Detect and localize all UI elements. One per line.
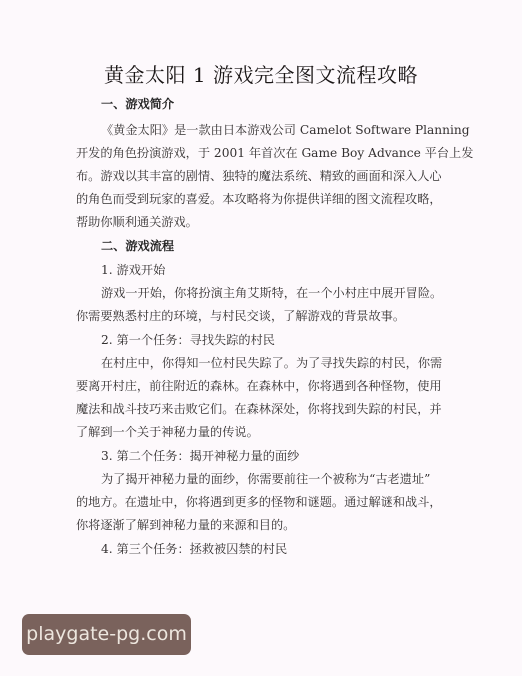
step-line: 魔法和战斗技巧来击败它们。在森林深处，你将找到失踪的村民，并 — [76, 401, 442, 417]
step-line: 你将逐渐了解到神秘力量的来源和目的。 — [76, 517, 295, 533]
step-line: 为了揭开神秘力量的面纱，你需要前往一个被称为“古老遗址” — [101, 471, 430, 487]
step-heading: 3. 第二个任务：揭开神秘力量的面纱 — [101, 448, 299, 464]
intro-line: 《黄金太阳》是一款由日本游戏公司 Camelot Software Planni… — [101, 122, 470, 138]
intro-line: 布。游戏以其丰富的剧情、独特的魔法系统、精致的画面和深入人心 — [76, 168, 442, 184]
step-line: 了解到一个关于神秘力量的传说。 — [76, 424, 259, 440]
intro-line: 开发的角色扮演游戏，于 2001 年首次在 Game Boy Advance 平… — [76, 145, 473, 161]
intro-line: 的角色而受到玩家的喜爱。本攻略将为你提供详细的图文流程攻略， — [76, 191, 442, 207]
step-line: 你需要熟悉村庄的环境，与村民交谈，了解游戏的背景故事。 — [76, 308, 405, 324]
section-heading-intro: 一、游戏简介 — [101, 96, 174, 112]
watermark-badge: playgate-pg.com — [22, 614, 191, 655]
intro-line: 帮助你顺利通关游戏。 — [76, 214, 198, 230]
step-line: 的地方。在遗址中，你将遇到更多的怪物和谜题。通过解谜和战斗， — [76, 494, 442, 510]
document-page: 黄金太阳 1 游戏完全图文流程攻略 一、游戏简介 《黄金太阳》是一款由日本游戏公… — [0, 0, 522, 676]
step-line: 要离开村庄，前往附近的森林。在森林中，你将遇到各种怪物，使用 — [76, 378, 442, 394]
step-line: 游戏一开始，你将扮演主角艾斯特，在一个小村庄中展开冒险。 — [101, 285, 442, 301]
section-heading-walkthrough: 二、游戏流程 — [101, 238, 174, 254]
step-line: 在村庄中，你得知一位村民失踪了。为了寻找失踪的村民，你需 — [101, 355, 442, 371]
step-heading: 4. 第三个任务：拯救被囚禁的村民 — [101, 541, 287, 557]
document-title: 黄金太阳 1 游戏完全图文流程攻略 — [0, 62, 522, 88]
step-heading: 1. 游戏开始 — [101, 262, 165, 278]
step-heading: 2. 第一个任务：寻找失踪的村民 — [101, 332, 275, 348]
